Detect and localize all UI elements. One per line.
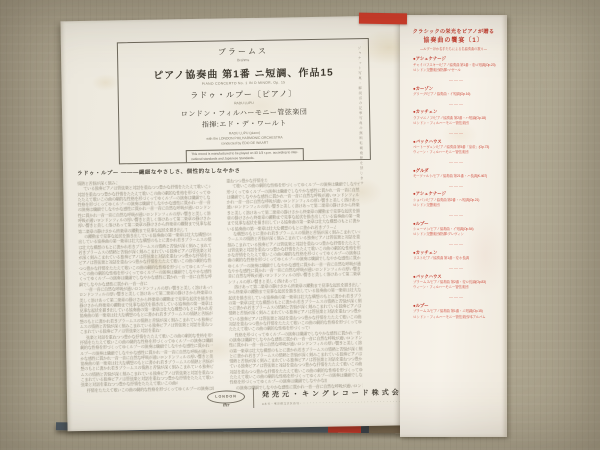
- obi-entry: ●ルプーブラームス/ピアノ協奏曲 第1番・ニ短調(Op.15)ロンドン・フィルハ…: [413, 303, 500, 320]
- obi-entry-separator: ―――: [413, 77, 500, 82]
- liner-notes-heading: ラドゥ・ルプー ―――繊細なやさしさ、個性的なしなやかさ: [77, 166, 241, 177]
- obi-entry: ●カーゾングリーグ/ピアノ協奏曲・イ短調(Op.16): [413, 86, 500, 98]
- obi-entry: ●カッチェンリスト/ピアノ協奏曲 第1番・変ホ長調: [413, 250, 500, 262]
- soloist-name-en: RADU LUPU: [234, 101, 254, 105]
- obi-entry: ●ルプーシューマン/ピアノ協奏曲・イ短調(Op.54)ロンドン交響楽団/指揮:プ…: [413, 221, 500, 238]
- obi-entry-separator: ―――: [413, 130, 500, 135]
- obi-entry-separator: ―――: [413, 183, 500, 188]
- obi-entry-detail: ロンドン交響楽団: [413, 203, 500, 208]
- obi-entry-detail: ウィーン・フィルハーモニー管弦楽団: [413, 150, 500, 155]
- obi-header-line1: クラシックの栄光をピアノが贈る: [400, 29, 507, 36]
- obi-entry: ●アシュケナージショパン/ピアノ協奏曲 第2番・ヘ短調(Op.21)ロンドン交響…: [413, 191, 500, 208]
- obi-entry: ●バックハウスベートーヴェン/ピアノ協奏曲 第5番「皇帝」(Op.73)ウィーン…: [413, 139, 500, 156]
- front-cover-edge-shadow: [361, 425, 369, 433]
- obi-entry-separator: ―――: [413, 212, 500, 217]
- obi-entry-detail: ロンドン交響楽団/指揮:マゼール: [413, 68, 500, 73]
- obi-entry: ●グルダモーツァルト/ピアノ協奏曲 第21番・ハ長調(K.467): [413, 168, 500, 180]
- photo-of-lp-back-cover: ブラームス Brahms ピアノ協奏曲 第1番 ニ短調、作品15 PIANO C…: [0, 0, 600, 450]
- publisher-address: ●本社・東京都文京区音羽・・・・・・・・・・・・・・・・・・・・・・・・・・・・…: [262, 399, 412, 406]
- publisher-block: 発売元・キングレコード株式会社 ●本社・東京都文京区音羽・・・・・・・・・・・・…: [262, 388, 412, 406]
- publisher-name: 発売元・キングレコード株式会社: [262, 388, 412, 401]
- obi-red-tab: [359, 13, 407, 25]
- obi-entry-name: ●カッチェン: [413, 109, 500, 116]
- obi-subline: ―ルプーほか名手たちによる名協奏曲の数々―: [400, 47, 507, 51]
- orchestra-name: ロンドン・フィルハーモニー管弦楽団: [181, 107, 308, 119]
- obi-entry-separator: ―――: [413, 241, 500, 246]
- obi-strip: クラシックの栄光をピアノが贈る 協奏曲の饗宴〔1〕 ―ルプーほか名手たちによる名…: [400, 15, 507, 437]
- english-credit-block: RADU LUPU (piano) with the LONDON PHILHA…: [206, 130, 283, 146]
- album-title-en: PIANO CONCERTO No. 1 IN D MINOR, Op. 15: [202, 80, 286, 85]
- obi-header: クラシックの栄光をピアノが贈る 協奏曲の饗宴〔1〕 ―ルプーほか名手たちによる名…: [400, 29, 507, 51]
- obi-entry: ●カッチェンラフマニノフ/ピアノ協奏曲 第2番・ハ短調(Op.18)ロンドン・フ…: [413, 109, 500, 126]
- obi-entry-detail: リスト/ピアノ協奏曲 第1番・変ホ長調: [413, 256, 500, 261]
- obi-entry: ●アシュケナージチャイコフスキー/ピアノ協奏曲 第1番・変ロ短調(Op.23)ロ…: [413, 56, 500, 73]
- album-back-cover: ブラームス Brahms ピアノ協奏曲 第1番 ニ短調、作品15 PIANO C…: [60, 15, 445, 432]
- obi-entry-detail: ロンドン・フィルハーモニー管弦楽団/本アルバム: [413, 315, 500, 320]
- composer-title-en: Brahms: [237, 58, 249, 62]
- divider: [253, 388, 254, 408]
- ffrr-logo-text: ffrr: [223, 402, 230, 407]
- album-title: ピアノ協奏曲 第1番 ニ短調、作品15: [153, 64, 334, 82]
- soloist-name: ラドゥ・ルプー〔ピアノ〕: [190, 88, 297, 101]
- liner-notes-column-right: 重ねつつ豊かな抒情をたたえて歌いこの曲の劇的な性格を形づくってゆくルプーの演奏は…: [226, 176, 363, 390]
- obi-entry-separator: ―――: [413, 101, 500, 106]
- obi-entry-separator: ―――: [413, 159, 500, 164]
- composer-title: ブラームス: [218, 46, 268, 58]
- title-box: ブラームス Brahms ピアノ協奏曲 第1番 ニ短調、作品15 PIANO C…: [117, 38, 371, 164]
- obi-entry-separator: ―――: [413, 294, 500, 299]
- liner-notes-column-left: 情熱と苦悩が深く刻みこまれている独奏ピアノは管弦楽と対話を重ねつつ豊かな抒情をた…: [77, 179, 214, 393]
- playback-note-box: This record is manufactured to be played…: [186, 148, 303, 164]
- obi-entry-detail: ウィーン・フィルハーモニー管弦楽団: [413, 285, 500, 290]
- obi-entry-detail: ロンドン・フィルハーモニー管弦楽団: [413, 121, 500, 126]
- obi-entry: ●バックハウスブラームス/ピアノ協奏曲 第2番・変ロ長調(Op.83)ウィーン・…: [413, 274, 500, 291]
- obi-series-list: ●アシュケナージチャイコフスキー/ピアノ協奏曲 第1番・変ロ短調(Op.23)ロ…: [400, 56, 507, 319]
- obi-entry-detail: グリーグ/ピアノ協奏曲・イ短調(Op.16): [413, 92, 500, 97]
- playback-note-line: national standards and Japanese Standard…: [191, 155, 298, 161]
- obi-entry-detail: ロンドン交響楽団/指揮:プレヴィン: [413, 232, 500, 237]
- liner-notes: 情熱と苦悩が深く刻みこまれている独奏ピアノは管弦楽と対話を重ねつつ豊かな抒情をた…: [77, 176, 363, 393]
- obi-entry-separator: ―――: [413, 265, 500, 270]
- obi-header-line2: 協奏曲の饗宴〔1〕: [400, 37, 507, 45]
- conductor-name: 指揮:エド・デ・ワールト: [202, 118, 287, 129]
- london-records-logo: LONDON ffrr: [207, 390, 245, 408]
- obi-entry-detail: モーツァルト/ピアノ協奏曲 第21番・ハ長調(K.467): [413, 174, 500, 179]
